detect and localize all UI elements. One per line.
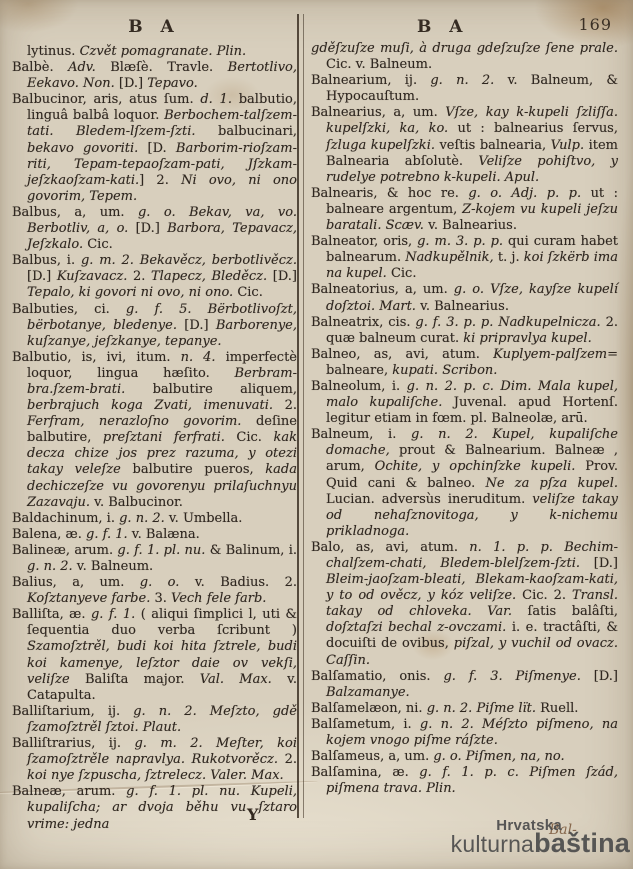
dictionary-entry: Balſamina, æ. g. f. 1. p. c. Piſmen ſzád… bbox=[311, 765, 618, 797]
dictionary-entry: Balneator, oris, g. m. 3. p. p. qui cura… bbox=[311, 234, 618, 282]
dictionary-entry: Balſametum, i. g. n. 2. Méſzto piſmeno, … bbox=[311, 717, 618, 749]
dictionary-entry: Balneatrix, cis. g. f. 3. p. p. Nadkupel… bbox=[311, 315, 618, 347]
dictionary-entry: Balliſta, æ. g. f. 1. ( aliqui ſimplici … bbox=[12, 607, 297, 704]
dictionary-entry: Balnearis, & hoc re. g. o. Adj. p. p. ut… bbox=[311, 186, 618, 234]
column-divider-rule bbox=[297, 14, 304, 818]
dictionary-entry: Balbè. Adv. Blæſè. Travle. Bertotlivo, E… bbox=[12, 60, 297, 92]
book-page-scan: { "page": { "running_head_left": "B A", … bbox=[0, 0, 633, 869]
dictionary-entry: Balena, æ. g. f. 1. v. Balæna. bbox=[12, 527, 297, 543]
column-right: gděſzuſze muſi, à druga gdeſzuſze ſene p… bbox=[311, 41, 618, 797]
dictionary-entry: Balliſtrarius, ij. g. m. 2. Meſter, koi … bbox=[12, 736, 297, 784]
dictionary-entry: Balineæ, arum. g. f. 1. pl. nu. & Balinu… bbox=[12, 543, 297, 575]
dictionary-entry: Balliſtarium, ij. g. n. 2. Meſzto, gdě ſ… bbox=[12, 704, 297, 736]
page-number: 169 bbox=[578, 15, 612, 34]
dictionary-entry: Balſamatio, onis. g. f. 3. Piſmenye. [D.… bbox=[311, 669, 618, 701]
dictionary-entry: Balnearius, a, um. Vſze, kay k-kupeli ſz… bbox=[311, 105, 618, 185]
dictionary-entry: Balbutio, is, ivi, itum. n. 4. imperfect… bbox=[12, 350, 297, 511]
dictionary-entry: lytinus. Czvět pomagranate. Plin. bbox=[12, 44, 297, 60]
dictionary-entry: Balbucinor, aris, atus ſum. d. 1. balbut… bbox=[12, 92, 297, 205]
dictionary-entry: Balneum, i. g. n. 2. Kupel, kupaliſche d… bbox=[311, 427, 618, 540]
watermark-line2-regular: kulturna bbox=[451, 831, 534, 857]
digitization-watermark: Hrvatska kulturnabaština bbox=[451, 819, 630, 856]
dictionary-entry: Balbus, a, um. g. o. Bekav, va, vo. Berb… bbox=[12, 205, 297, 253]
dictionary-entry: Balnearium, ij. g. n. 2. v. Balneum, & H… bbox=[311, 73, 618, 105]
running-head-right: B A bbox=[417, 17, 468, 37]
dictionary-entry: Balſameus, a, um. g. o. Piſmen, na, no. bbox=[311, 749, 618, 765]
dictionary-entry: Balſamelæon, ni. g. n. 2. Piſme lït. Rue… bbox=[311, 701, 618, 717]
watermark-line2-bold: baština bbox=[534, 828, 630, 858]
dictionary-entry: Balneolum, i. g. n. 2. p. c. Dim. Mala k… bbox=[311, 379, 618, 427]
dictionary-entry: Balo, as, avi, atum. n. 1. p. p. Bechim-… bbox=[311, 540, 618, 669]
dictionary-entry: Balbuties, ci. g. f. 5. Bërbotlivoſzt, b… bbox=[12, 302, 297, 350]
dictionary-entry: Balneatorius, a, um. g. o. Vſze, kayſze … bbox=[311, 282, 618, 314]
column-left: lytinus. Czvět pomagranate. Plin.Balbè. … bbox=[12, 44, 297, 833]
dictionary-entry: Balius, a, um. g. o. v. Badius. 2. Koſzt… bbox=[12, 575, 297, 607]
dictionary-entry: Balbus, i. g. m. 2. Bekavěcz, berbotlivě… bbox=[12, 253, 297, 301]
dictionary-entry: Balneo, as, avi, atum. Kuplyem-palſzem= … bbox=[311, 347, 618, 379]
dictionary-entry: Baldachinum, i. g. n. 2. v. Umbella. bbox=[12, 511, 297, 527]
dictionary-entry: gděſzuſze muſi, à druga gdeſzuſze ſene p… bbox=[311, 41, 618, 73]
signature-mark: Y bbox=[247, 805, 258, 824]
running-head-left: B A bbox=[12, 17, 296, 37]
